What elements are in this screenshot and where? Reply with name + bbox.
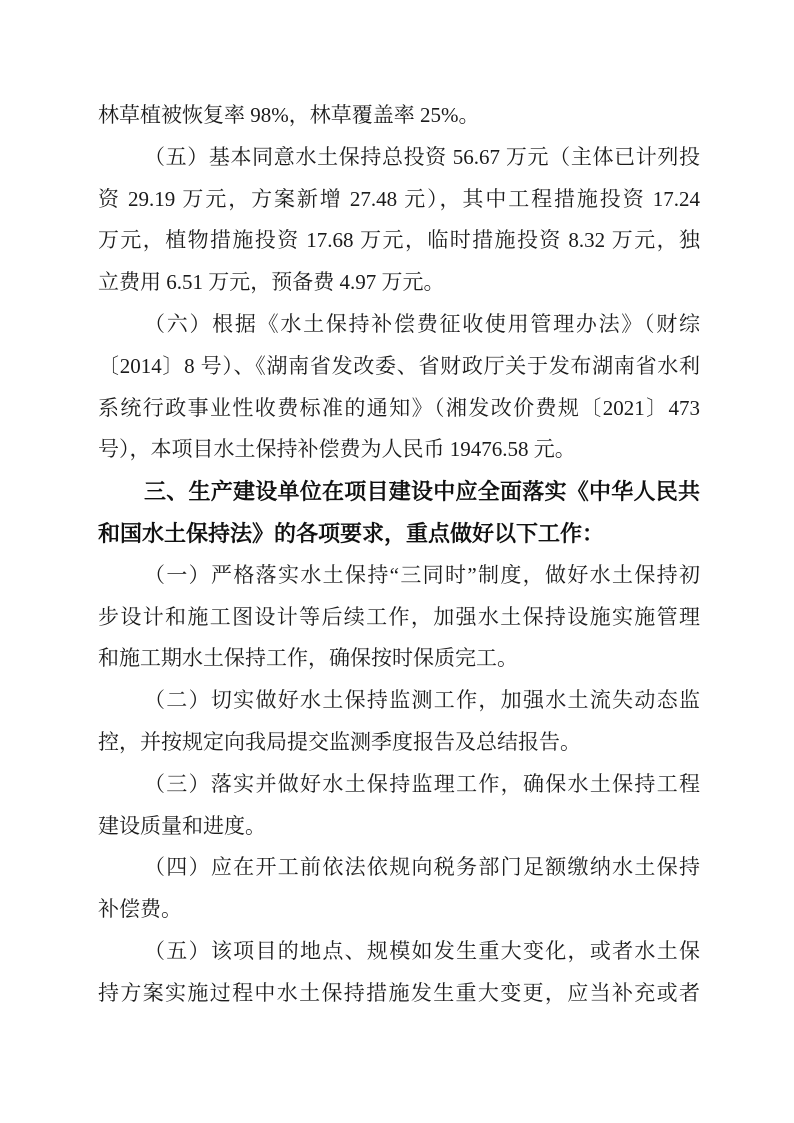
text-line: 〔2014〕8 号）、《湖南省发改委、省财政厅关于发布湖南省水利 [98,346,700,388]
text-line: （三）落实并做好水土保持监理工作，确保水土保持工程 [98,764,700,806]
text-line: 和施工期水土保持工作，确保按时保质完工。 [98,638,700,680]
text-line: （六）根据《水土保持补偿费征收使用管理办法》（财综 [98,304,700,346]
text-line: 建设质量和进度。 [98,806,700,848]
text-line: 林草植被恢复率 98%，林草覆盖率 25%。 [98,95,700,137]
text-line: 系统行政事业性收费标准的通知》（湘发改价费规〔2021〕473 [98,388,700,430]
text-line: （一）严格落实水土保持“三同时”制度，做好水土保持初 [98,555,700,597]
text-line: 步设计和施工图设计等后续工作，加强水土保持设施实施管理 [98,597,700,639]
text-line: 资 29.19 万元，方案新增 27.48 元），其中工程措施投资 17.24 [98,179,700,221]
text-line: （五）该项目的地点、规模如发生重大变化，或者水土保 [98,931,700,973]
text-line: （四）应在开工前依法依规向税务部门足额缴纳水土保持 [98,847,700,889]
section-heading-line: 和国水土保持法》的各项要求，重点做好以下工作： [98,513,700,555]
document-page: 林草植被恢复率 98%，林草覆盖率 25%。 （五）基本同意水土保持总投资 56… [0,0,794,1123]
text-line: （五）基本同意水土保持总投资 56.67 万元（主体已计列投 [98,137,700,179]
text-line: 控，并按规定向我局提交监测季度报告及总结报告。 [98,722,700,764]
text-line: 持方案实施过程中水土保持措施发生重大变更，应当补充或者 [98,973,700,1015]
text-line: 万元，植物措施投资 17.68 万元，临时措施投资 8.32 万元，独 [98,220,700,262]
section-heading-line: 三、生产建设单位在项目建设中应全面落实《中华人民共 [98,471,700,513]
text-line: 号），本项目水土保持补偿费为人民币 19476.58 元。 [98,429,700,471]
text-line: （二）切实做好水土保持监测工作，加强水土流失动态监 [98,680,700,722]
text-line: 补偿费。 [98,889,700,931]
text-line: 立费用 6.51 万元，预备费 4.97 万元。 [98,262,700,304]
document-body-text: 林草植被恢复率 98%，林草覆盖率 25%。 （五）基本同意水土保持总投资 56… [98,95,700,1015]
